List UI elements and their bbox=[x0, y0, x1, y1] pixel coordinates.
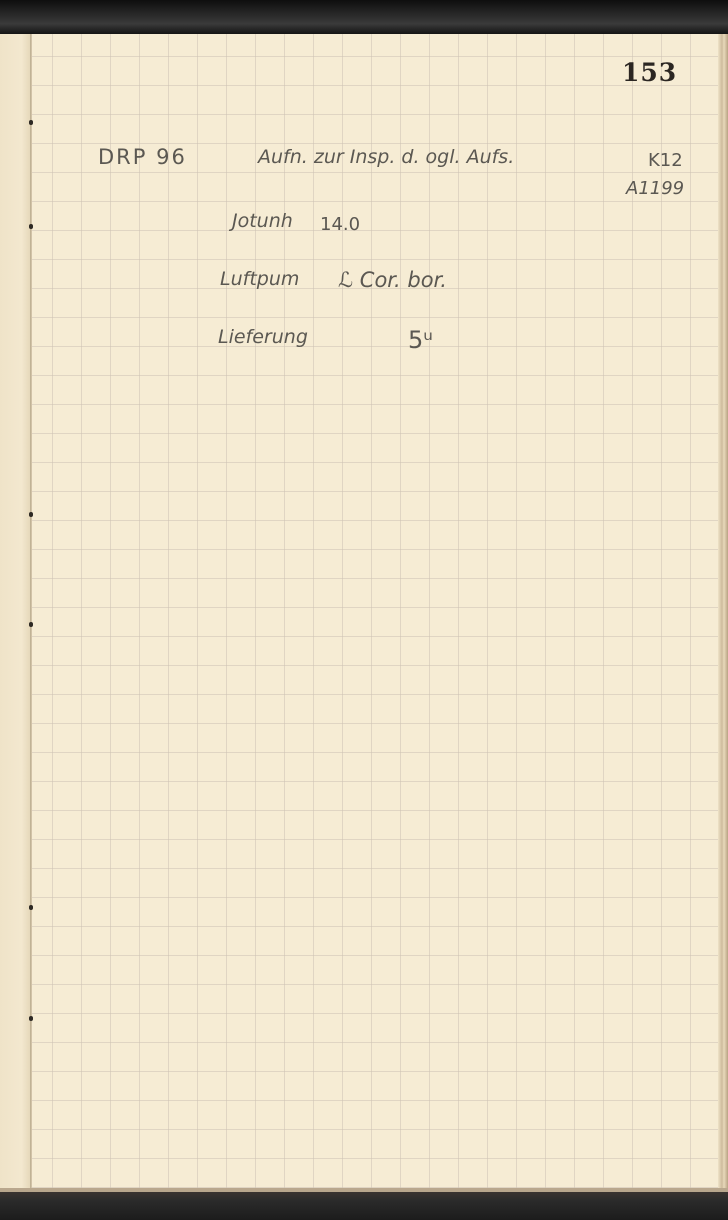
entry-value: ℒ Cor. bor. bbox=[338, 268, 447, 292]
page-number: 153 bbox=[622, 58, 677, 87]
entry-value: 5ᵘ bbox=[408, 326, 433, 354]
entry-description: Aufn. zur Insp. d. ogl. Aufs. bbox=[258, 146, 514, 168]
binding-stitch bbox=[29, 120, 33, 125]
page-right-edge bbox=[718, 34, 728, 1189]
binding-strip bbox=[0, 34, 31, 1189]
entry-label: Jotunh bbox=[232, 210, 293, 232]
entry-label: Luftpum bbox=[220, 268, 299, 290]
notebook-cover-bottom bbox=[0, 1192, 728, 1220]
entry-reference: DRP 96 bbox=[98, 145, 187, 169]
entry-code-k: K12 bbox=[648, 150, 683, 171]
entry-value: 14.0 bbox=[320, 214, 360, 235]
notebook-page bbox=[0, 34, 728, 1189]
binding-stitch bbox=[29, 1016, 33, 1021]
binding-stitch bbox=[29, 512, 33, 517]
notebook-cover-top bbox=[0, 0, 728, 34]
binding-stitch bbox=[29, 905, 33, 910]
binding-stitch bbox=[29, 224, 33, 229]
binding-stitch bbox=[29, 622, 33, 627]
entry-code-a: A1199 bbox=[626, 178, 684, 199]
entry-label: Lieferung bbox=[218, 326, 308, 348]
